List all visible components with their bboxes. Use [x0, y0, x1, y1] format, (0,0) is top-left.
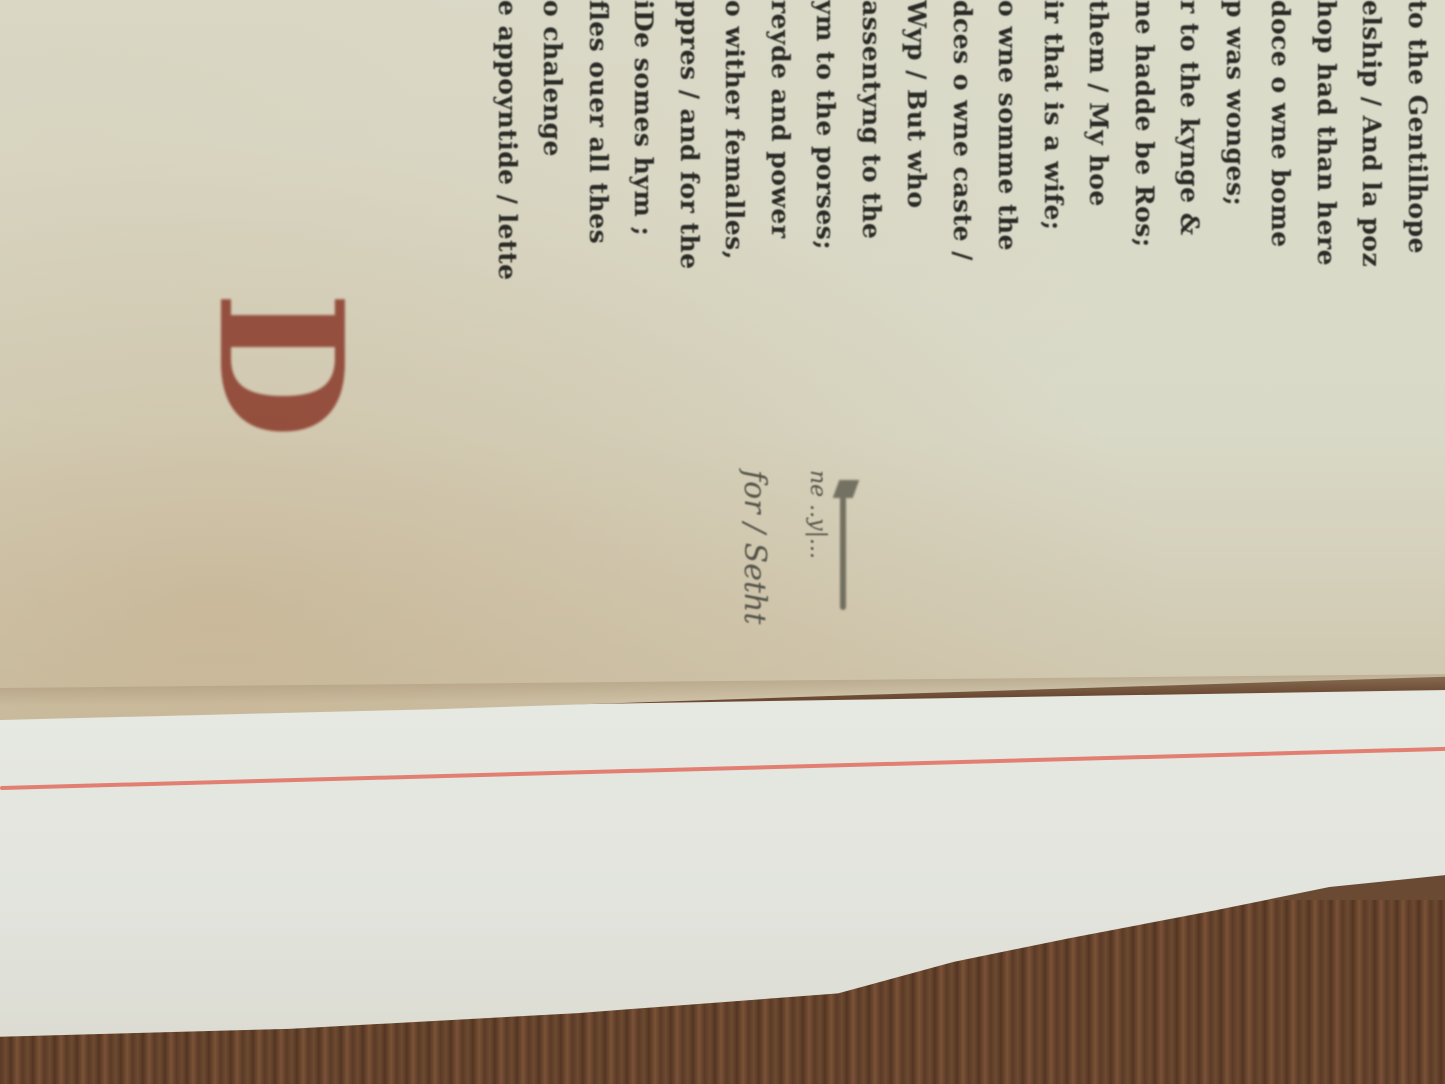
handwritten-note-line-2: for / Setht [737, 470, 772, 624]
handwritten-note-line-1: ne ..y|... [805, 470, 830, 559]
text-line: e appoyntide / lette [485, 0, 531, 470]
red-rubric-initial: D [185, 285, 375, 445]
text-line: ym to the porses; [803, 0, 849, 470]
text-line: doce o wne bome [1258, 0, 1304, 470]
text-line: iDe somes hym ; [621, 0, 667, 470]
text-line: reyde and power [758, 0, 804, 470]
paragraph-mark-icon [840, 480, 846, 610]
text-line: elship / And la poz [1349, 0, 1395, 470]
text-line: o wne somme the [985, 0, 1031, 470]
text-line: assentyng to the [849, 0, 895, 470]
text-line: fles ouer all thes [576, 0, 622, 470]
text-line: ir that is a wife; [1031, 0, 1077, 470]
text-line: o wither femalles, [712, 0, 758, 470]
text-line: ppres / and for the [667, 0, 713, 470]
text-line: them / My hoe [1076, 0, 1122, 470]
text-line: dces o wne caste / [940, 0, 986, 470]
document-photo: to the Gentilhope elship / And la poz ho… [0, 0, 1445, 1084]
marginal-annotation: ne ..y|... for / Setht [700, 470, 940, 690]
text-line: r to the kynge & [1167, 0, 1213, 470]
text-line: Wyp / But who [894, 0, 940, 470]
text-line: to the Gentilhope [1395, 0, 1441, 470]
text-line: o chalenge [530, 0, 576, 470]
text-line: hop had than here [1304, 0, 1350, 470]
text-line: ne hadde be Ros; [1122, 0, 1168, 470]
text-line: p was wonges; [1213, 0, 1259, 470]
